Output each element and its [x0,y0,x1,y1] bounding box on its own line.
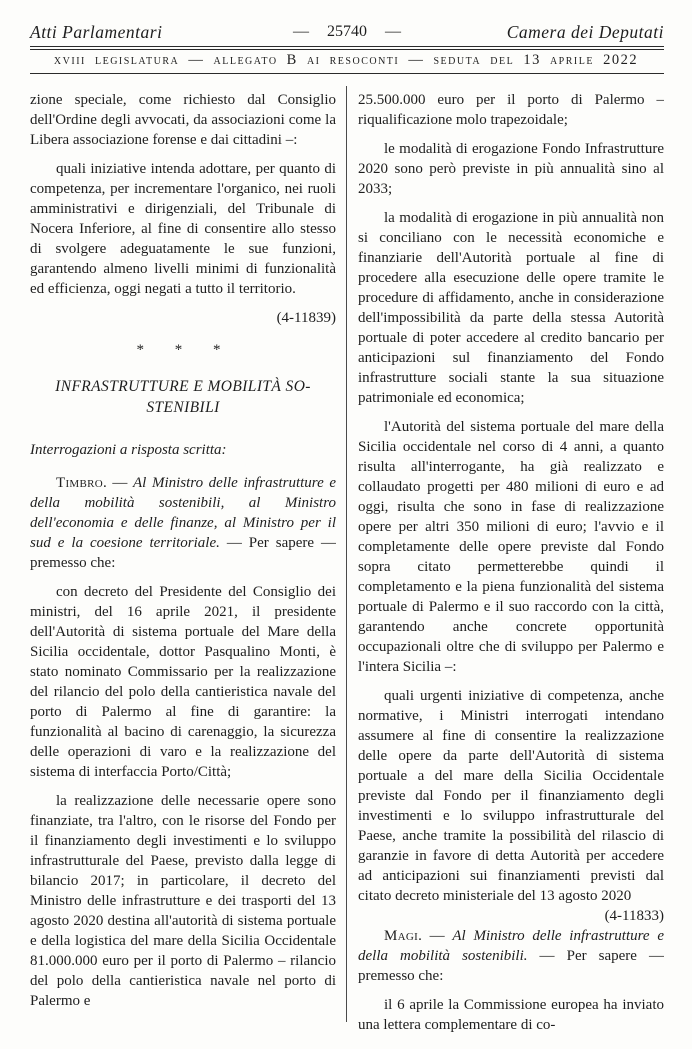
name-separator: . — [418,928,452,944]
chamber-title: Camera dei Deputati [507,22,664,43]
right-column: 25.500.000 euro per il porto di Palermo … [358,90,664,1047]
section-separator: * * * [30,340,336,360]
paragraph-interrogation-magi: Magi. — Al Ministro delle infrastrutture… [358,926,664,986]
paragraph-continuation: zione speciale, come richiesto dal Consi… [30,90,336,150]
paragraph-commissione-europea: il 6 aprile la Commissione europea ha in… [358,995,664,1035]
header-subtitle: xviii legislatura — allegato B ai resoco… [0,52,692,69]
deputy-name: Magi [384,928,418,944]
left-column: zione speciale, come richiesto dal Consi… [30,90,336,1047]
paragraph-quali-iniziative: quali iniziative intenda adottare, per q… [30,159,336,299]
document-page: Atti Parlamentari — 25740 — Camera dei D… [0,0,692,1049]
header-single-rule [30,73,664,74]
section-heading: INFRASTRUTTURE E MOBILITÀ SO- STENIBILI [30,376,336,418]
subsection-heading: Interrogazioni a risposta scritta: [30,440,336,460]
section-heading-line1: INFRASTRUTTURE E MOBILITÀ SO- [30,376,336,397]
paragraph-interrogation-timbro: Timbro. — Al Ministro delle infrastruttu… [30,473,336,573]
paragraph-modalita-annualita: la modalità di erogazione in più annuali… [358,208,664,408]
interrogation-number: (4-11839) [30,308,336,328]
name-separator: . — [103,475,133,491]
header-double-rule [30,46,664,50]
paragraph-quali-urgenti: quali urgenti iniziative di competenza, … [358,686,664,906]
paragraph-porto-palermo: 25.500.000 euro per il porto di Palermo … [358,90,664,130]
paragraph-autorita-portuale: l'Autorità del sistema portuale del mare… [358,417,664,677]
paragraph-quali-urgenti-text: quali urgenti iniziative di competenza, … [358,688,664,904]
deputy-name: Timbro [56,475,103,491]
paragraph-decreto: con decreto del Presidente del Consiglio… [30,582,336,782]
section-heading-line2: STENIBILI [30,397,336,418]
paragraph-realizzazione: la realizzazione delle necessarie opere … [30,791,336,1011]
page-header: Atti Parlamentari — 25740 — Camera dei D… [30,22,664,44]
paragraph-modalita-fondo: le modalità di erogazione Fondo Infrastr… [358,139,664,199]
column-divider [346,86,347,1022]
interrogation-number: (4-11833) [579,906,664,926]
